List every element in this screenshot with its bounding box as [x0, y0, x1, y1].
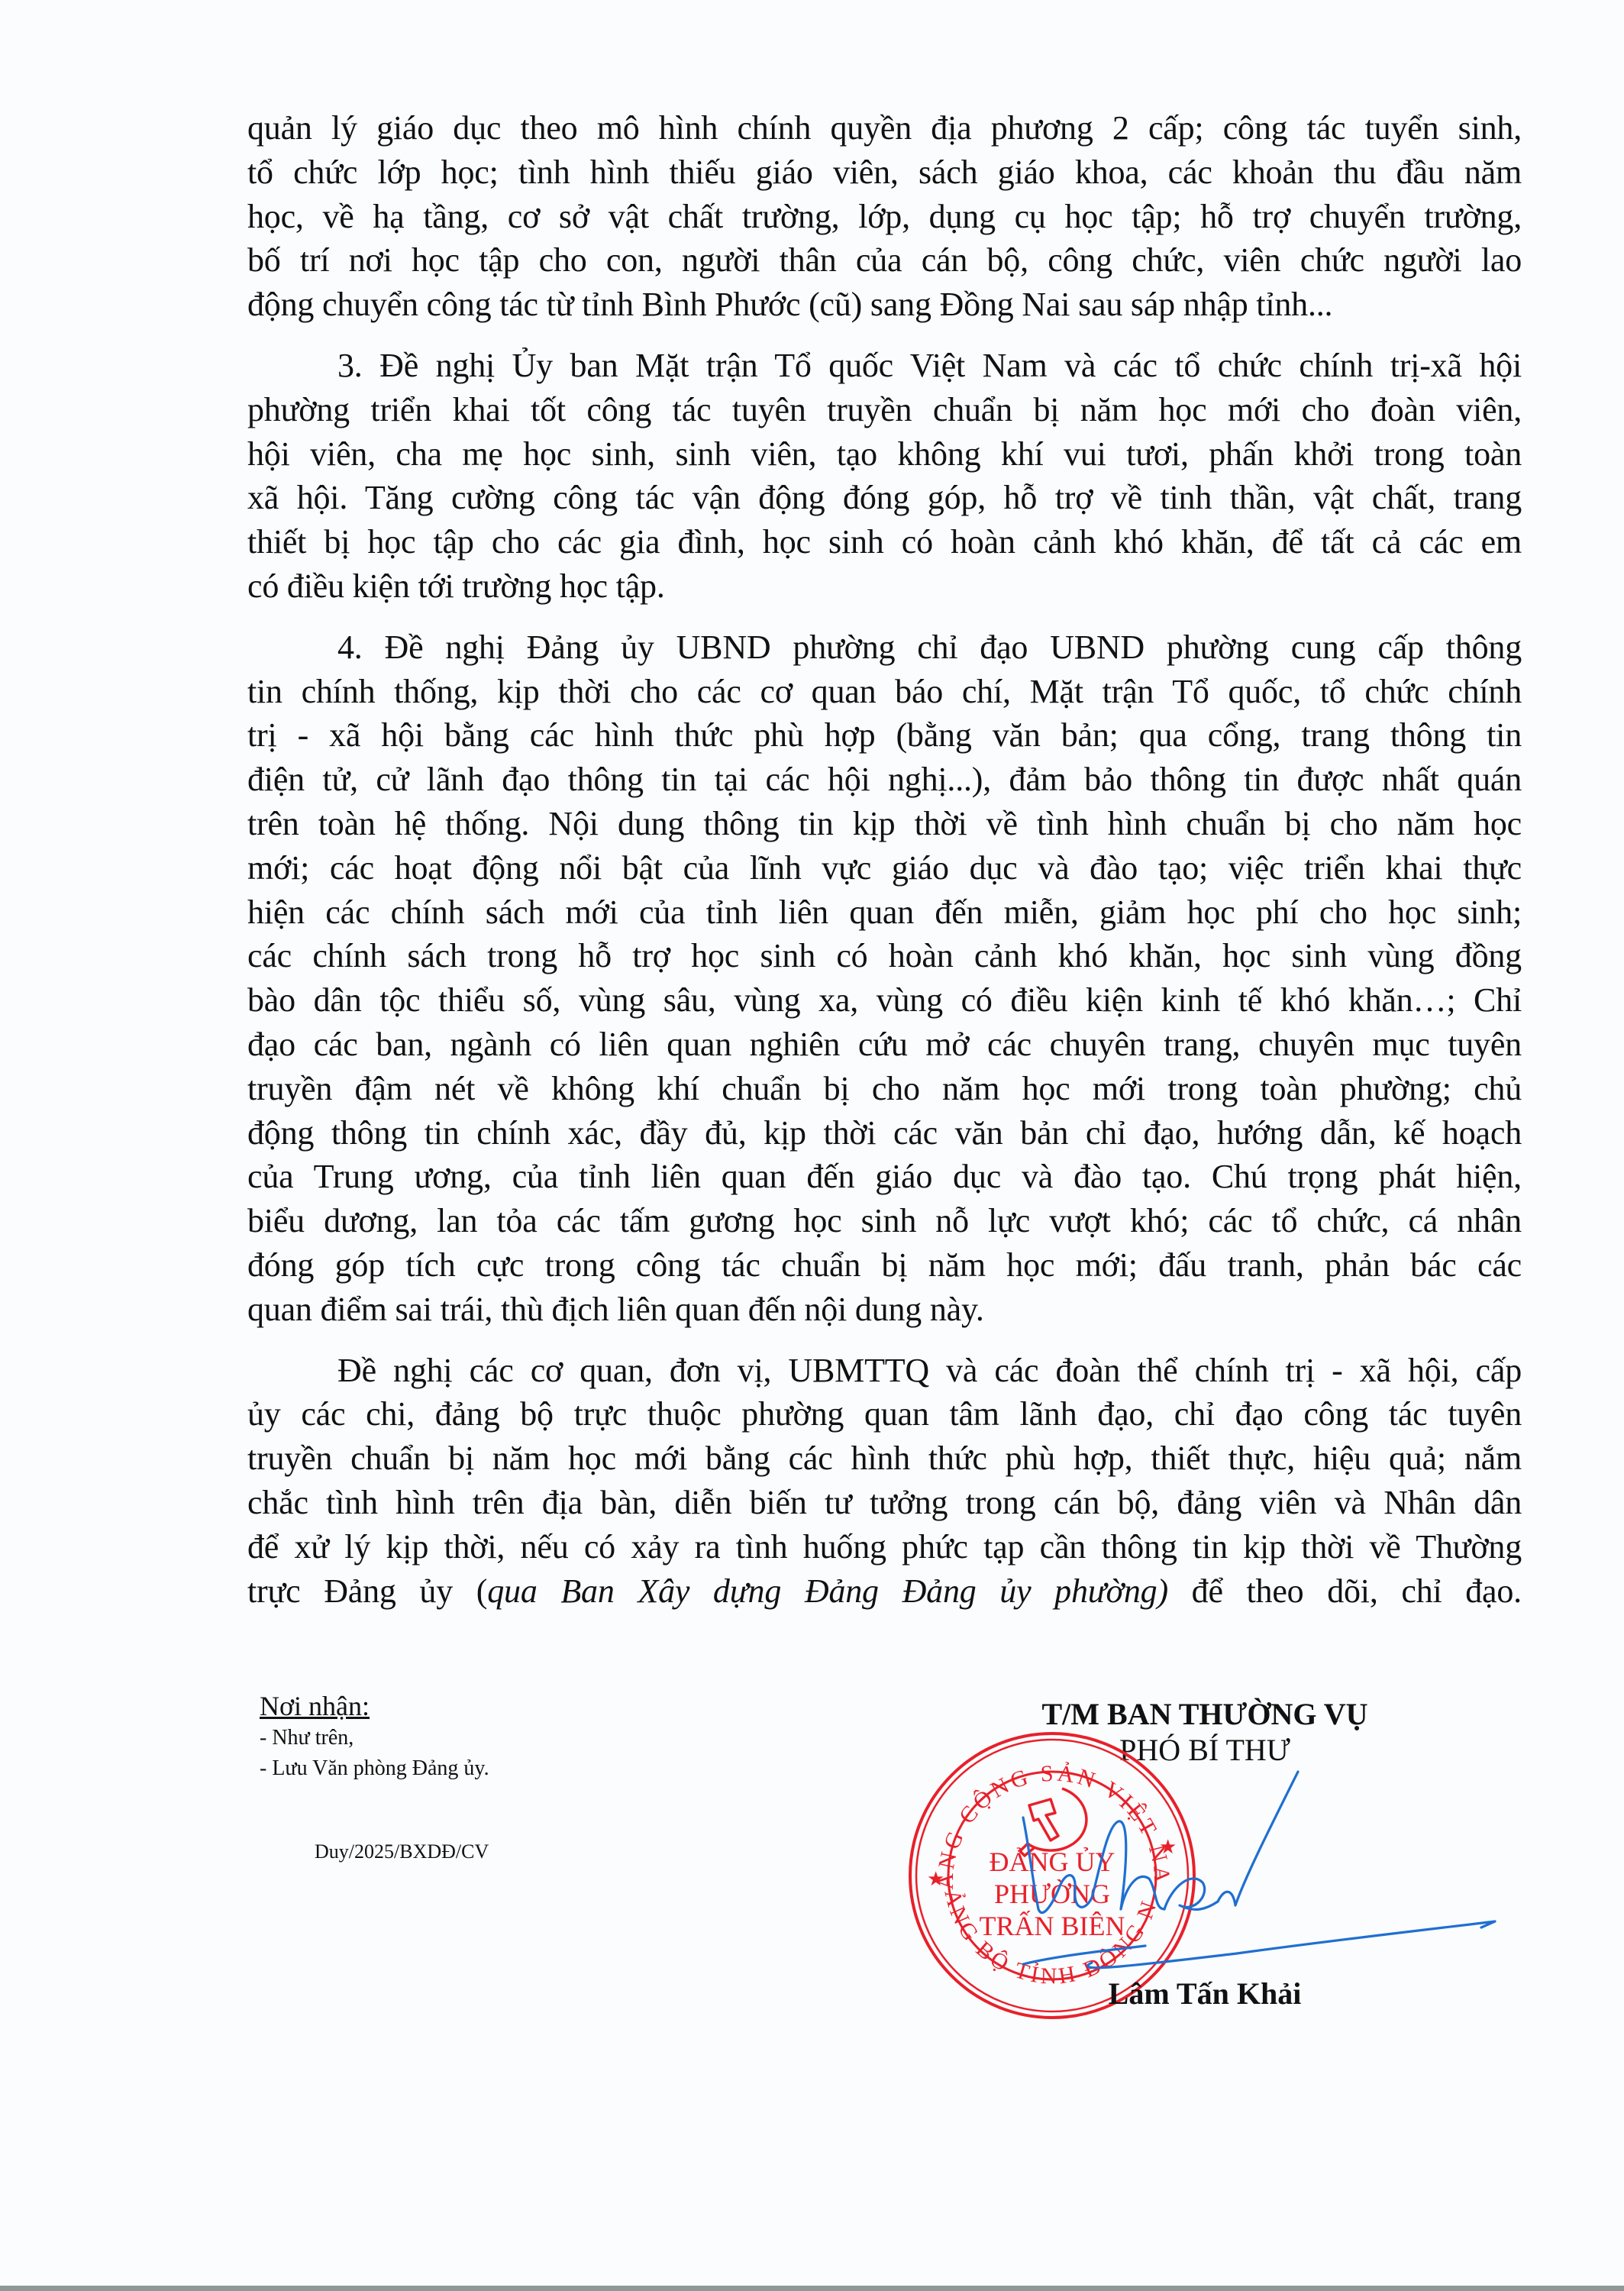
- text-line: thiết bị học tập cho các gia đình, học s…: [247, 520, 1522, 564]
- document-body: quản lý giáo dục theo mô hình chính quyề…: [247, 0, 1522, 1613]
- text-line: 3. Đề nghị Ủy ban Mặt trận Tổ quốc Việt …: [247, 344, 1522, 388]
- text-line: của Trung ương, của tỉnh liên quan đến g…: [247, 1155, 1522, 1199]
- paragraph-continued: quản lý giáo dục theo mô hình chính quyề…: [247, 106, 1522, 327]
- text-line: quản lý giáo dục theo mô hình chính quyề…: [247, 106, 1522, 150]
- text-line: truyền chuẩn bị năm học mới bằng các hìn…: [247, 1436, 1522, 1481]
- recipient-item: - Như trên,: [260, 1723, 489, 1753]
- text-line: học, về hạ tầng, cơ sở vật chất trường, …: [247, 195, 1522, 239]
- text-line: bào dân tộc thiểu số, vùng sâu, vùng xa,…: [247, 978, 1522, 1023]
- text-line: tin chính thống, kịp thời cho các cơ qua…: [247, 670, 1522, 714]
- signer-role: T/M BAN THƯỜNG VỤ: [976, 1695, 1434, 1734]
- text-line: đạo các ban, ngành có liên quan nghiên c…: [247, 1023, 1522, 1067]
- text-line: trên toàn hệ thống. Nội dung thông tin k…: [247, 802, 1522, 846]
- star-icon: ★: [927, 1868, 944, 1890]
- text-line: để xử lý kịp thời, nếu có xảy ra tình hu…: [247, 1525, 1522, 1569]
- text-line: hội viên, cha mẹ học sinh, sinh viên, tạ…: [247, 432, 1522, 477]
- text-line: xã hội. Tăng cường công tác vận động đón…: [247, 476, 1522, 520]
- text-line: biểu dương, lan tỏa các tấm gương học si…: [247, 1199, 1522, 1243]
- document-code: Duy/2025/BXDĐ/CV: [315, 1840, 489, 1863]
- recipient-item: - Lưu Văn phòng Đảng ủy.: [260, 1753, 489, 1784]
- text-line: truyền đậm nét về không khí chuẩn bị cho…: [247, 1067, 1522, 1111]
- text-line: điện tử, cử lãnh đạo thông tin tại các h…: [247, 758, 1522, 802]
- signer-name: Lâm Tấn Khải: [976, 1975, 1434, 2013]
- text-line: động thông tin chính xác, đầy đủ, kịp th…: [247, 1111, 1522, 1155]
- paragraph-4: 4. Đề nghị Đảng ủy UBND phường chỉ đạo U…: [247, 625, 1522, 1332]
- text-line: quan điểm sai trái, thù địch liên quan đ…: [247, 1288, 1522, 1332]
- scan-edge: [0, 2286, 1624, 2291]
- text-line: bố trí nơi học tập cho con, người thân c…: [247, 238, 1522, 283]
- italic-reference: qua Ban Xây dựng Đảng Đảng ủy phường): [487, 1572, 1168, 1610]
- paragraph-final: Đề nghị các cơ quan, đơn vị, UBMTTQ và c…: [247, 1349, 1522, 1614]
- text-line: mới; các hoạt động nổi bật của lĩnh vực …: [247, 846, 1522, 890]
- text-line: các chính sách trong hỗ trợ học sinh có …: [247, 934, 1522, 978]
- text-line: hiện các chính sách mới của tỉnh liên qu…: [247, 890, 1522, 935]
- recipients-title: Nơi nhận:: [260, 1689, 489, 1723]
- text-line: trực Đảng ủy (qua Ban Xây dựng Đảng Đảng…: [247, 1569, 1522, 1614]
- text-line: đóng góp tích cực trong công tác chuẩn b…: [247, 1243, 1522, 1288]
- text-line: động chuyển công tác từ tỉnh Bình Phước …: [247, 283, 1522, 327]
- handwritten-signature: [993, 1756, 1527, 2001]
- text-line: ủy các chi, đảng bộ trực thuộc phường qu…: [247, 1392, 1522, 1436]
- text-line: 4. Đề nghị Đảng ủy UBND phường chỉ đạo U…: [247, 625, 1522, 670]
- text-line: phường triển khai tốt công tác tuyên tru…: [247, 388, 1522, 432]
- text-line: tổ chức lớp học; tình hình thiếu giáo vi…: [247, 150, 1522, 195]
- text-line: có điều kiện tới trường học tập.: [247, 564, 1522, 609]
- text-line: trị - xã hội bằng các hình thức phù hợp …: [247, 713, 1522, 758]
- paragraph-3: 3. Đề nghị Ủy ban Mặt trận Tổ quốc Việt …: [247, 344, 1522, 609]
- recipients-block: Nơi nhận: - Như trên, - Lưu Văn phòng Đả…: [260, 1689, 489, 1784]
- text-line: chắc tình hình trên địa bàn, diễn biến t…: [247, 1481, 1522, 1525]
- text-line: Đề nghị các cơ quan, đơn vị, UBMTTQ và c…: [247, 1349, 1522, 1393]
